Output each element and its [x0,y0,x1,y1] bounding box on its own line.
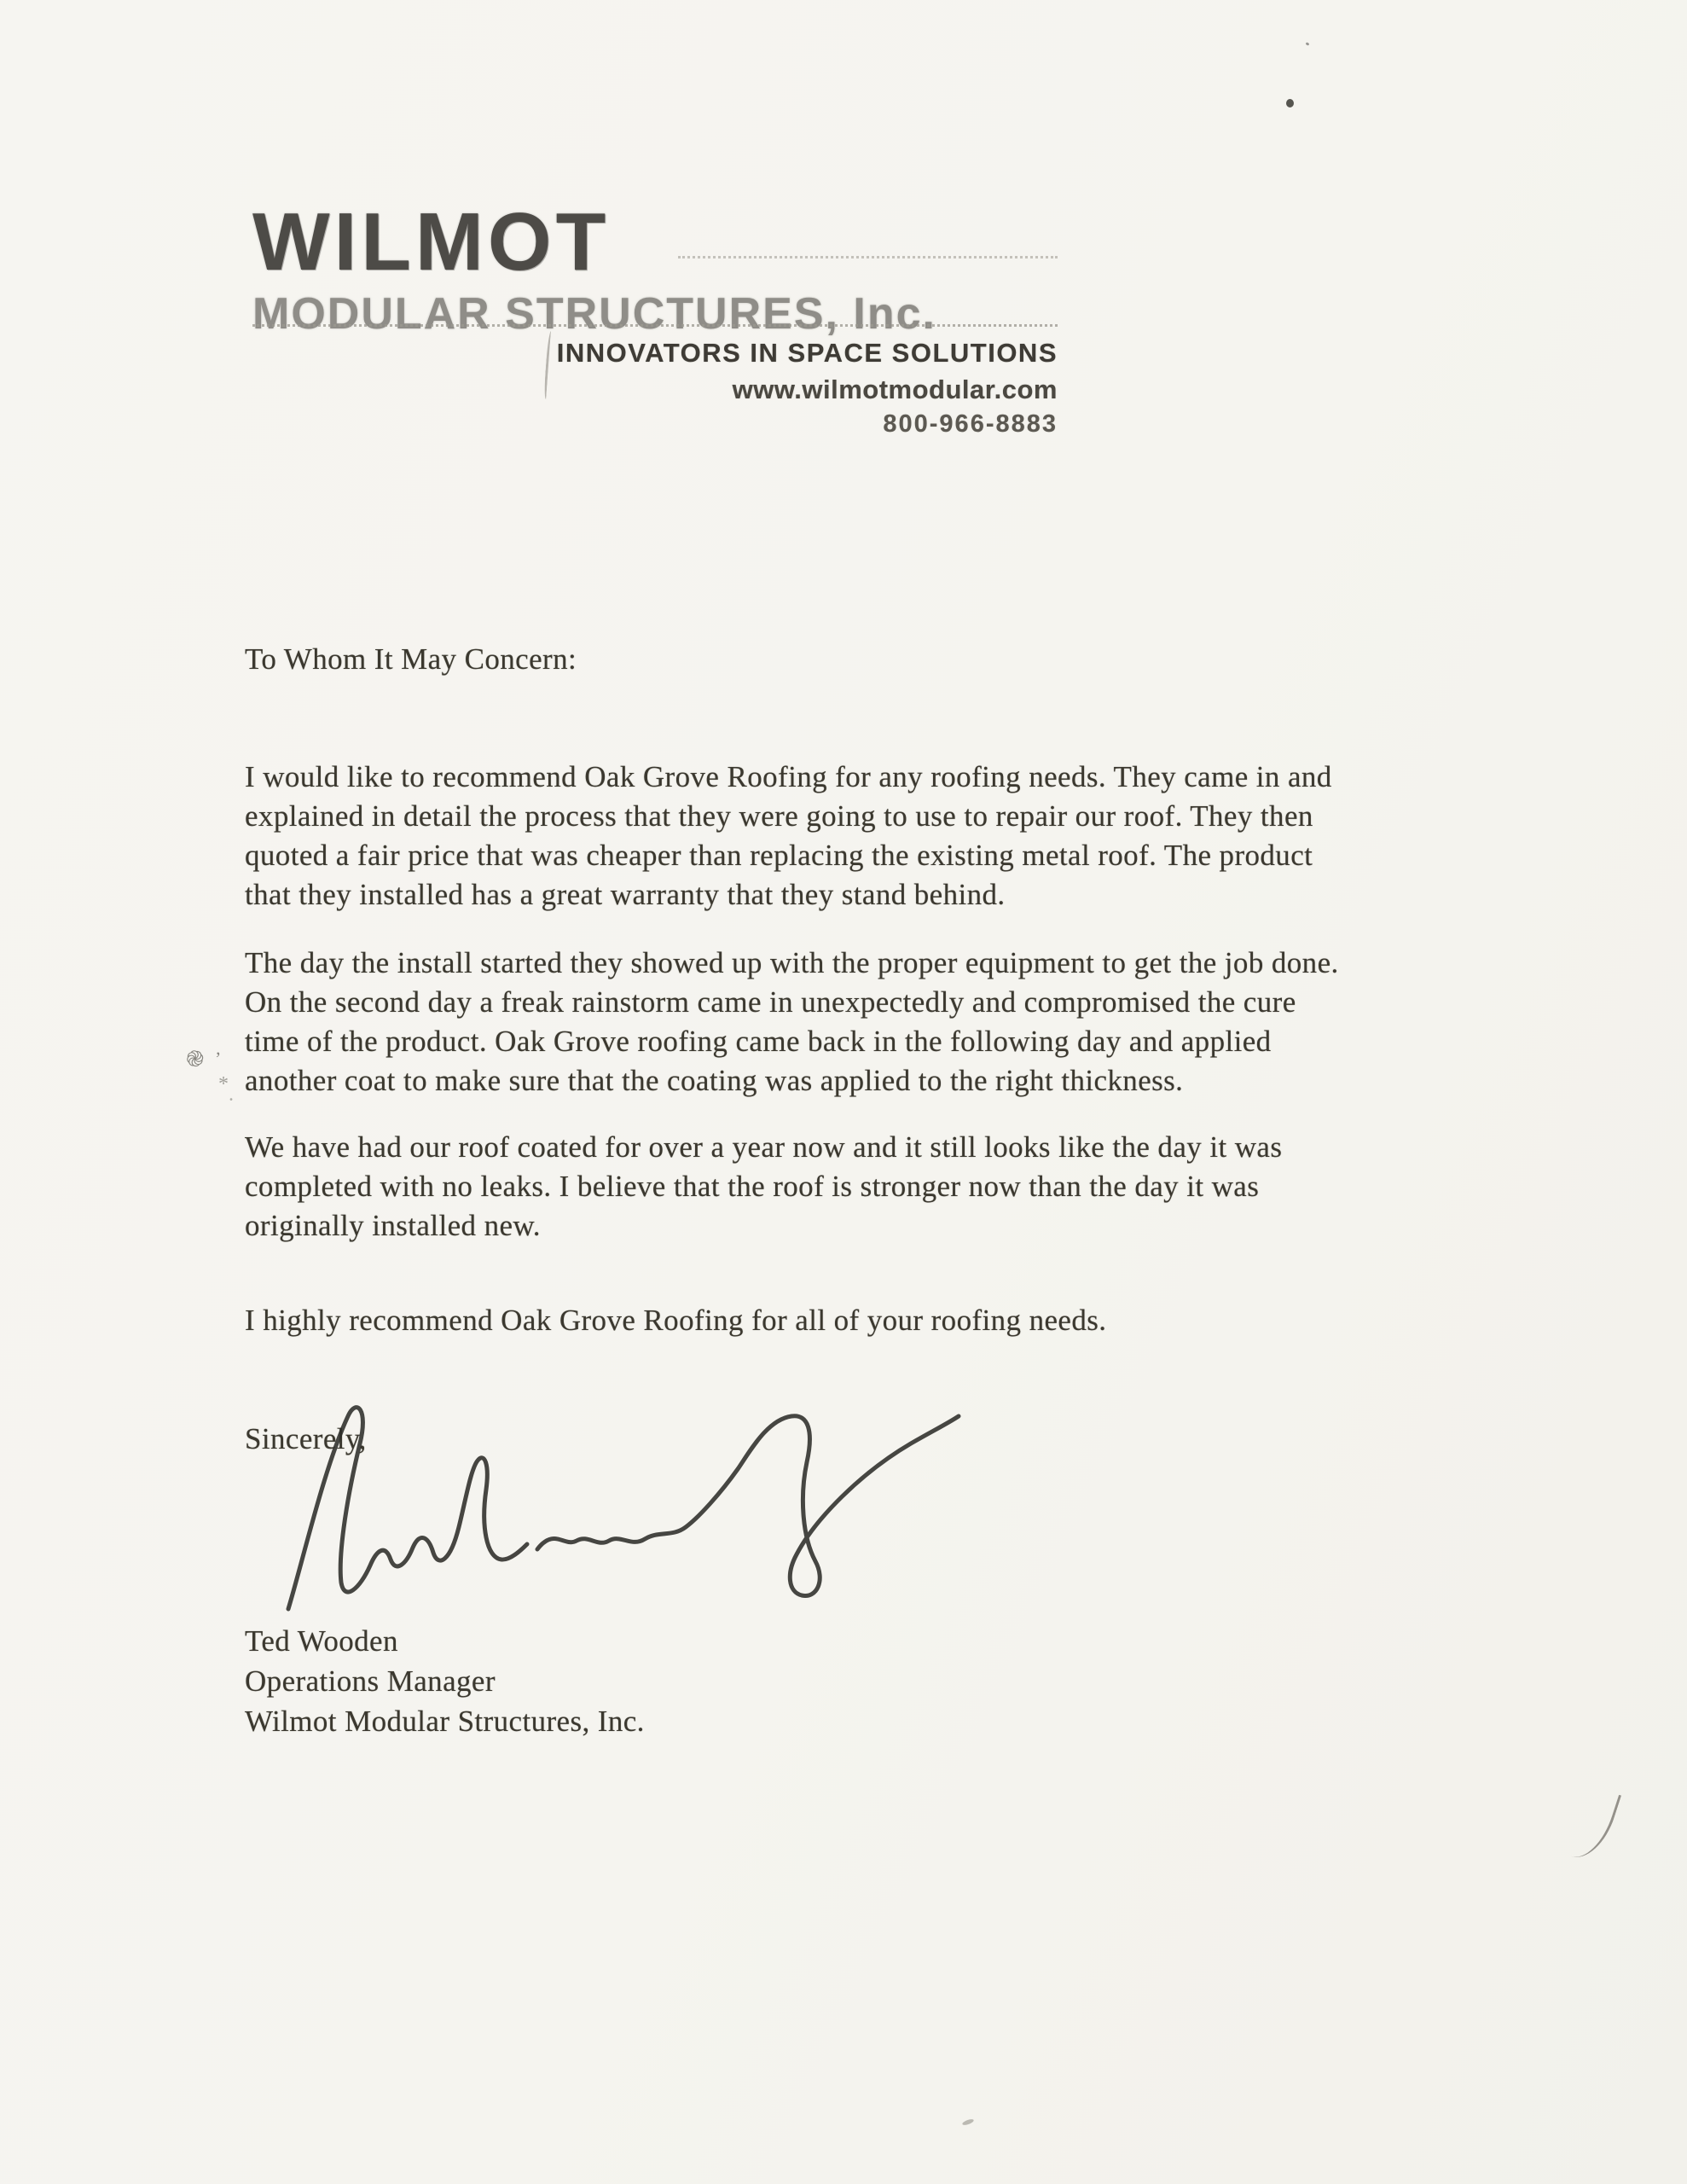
scan-smudge [962,2118,975,2126]
dotted-rule-top [678,256,1058,258]
salutation: To Whom It May Concern: [245,640,577,679]
handwritten-signature [256,1391,989,1621]
letterhead: WILMOT MODULAR STRUCTURES, Inc. [252,201,1058,336]
letterhead-contact-block: INNOVATORS IN SPACE SOLUTIONS www.wilmot… [252,338,1058,439]
scan-mark: . [229,1083,234,1107]
paragraph-3: We have had our roof coated for over a y… [245,1128,1282,1246]
paragraph-4: I highly recommend Oak Grove Roofing for… [245,1301,1106,1340]
paragraph-1: I would like to recommend Oak Grove Roof… [245,758,1332,915]
paragraph-2: The day the install started they showed … [245,944,1339,1101]
scan-mark: ’ [215,1048,221,1070]
dotted-rule-bottom [252,324,1058,327]
company-logo-name: WILMOT [252,201,1058,283]
scan-speck [1306,42,1310,46]
letter-page: WILMOT MODULAR STRUCTURES, Inc. INNOVATO… [0,0,1687,2184]
company-website: www.wilmotmodular.com [252,375,1058,405]
company-phone: 800-966-8883 [252,410,1058,439]
scan-mark [1559,1783,1621,1866]
scan-mark: ֎ [183,1041,206,1075]
scan-speck [1286,99,1294,107]
company-tagline: INNOVATORS IN SPACE SOLUTIONS [252,338,1058,369]
scan-mark: * [218,1073,229,1096]
company-logo-subtitle: MODULAR STRUCTURES, Inc. [252,292,1058,336]
signer-block: Ted Wooden Operations Manager Wilmot Mod… [245,1621,645,1741]
